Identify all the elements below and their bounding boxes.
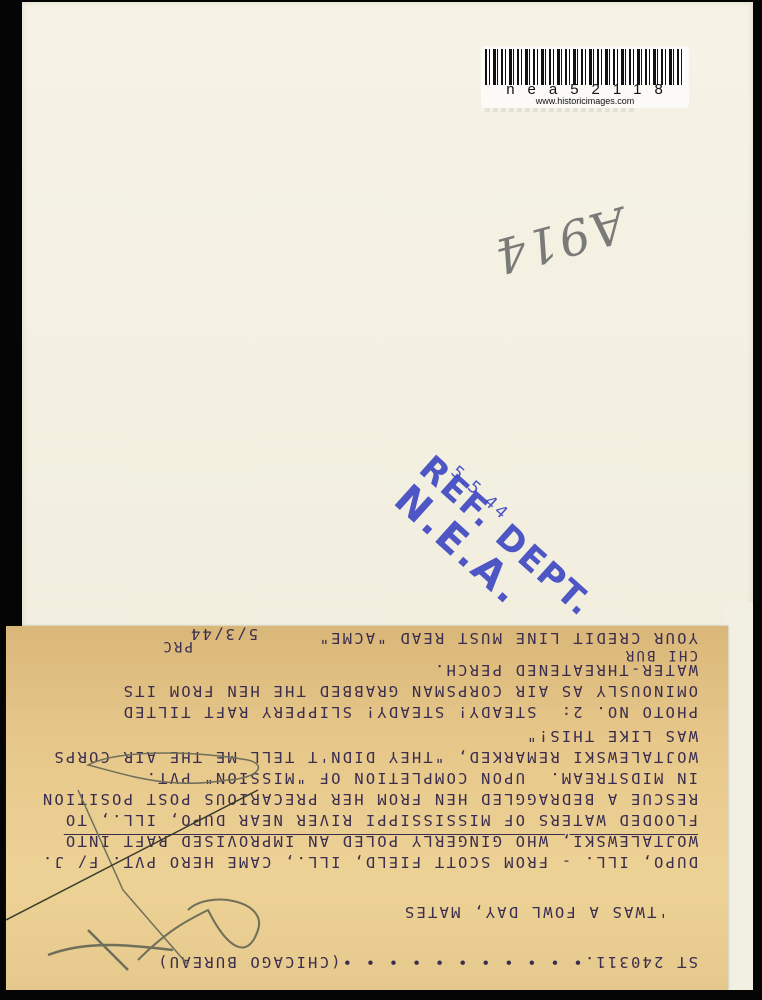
caption-photo2-line: OMINOUSLY AS AIR CORPSMAN GRABBED THE HE…: [121, 680, 698, 702]
caption-title: 'TWAS A FOWL DAY, MATES: [403, 901, 668, 923]
caption-photo2-line: PHOTO NO. 2: STEADY! STEADY! SLIPPERY RA…: [121, 701, 698, 723]
caption-line: WOJTALEWSKI REMARKED, "THEY DIDN'T TELL …: [52, 746, 698, 768]
barcode-url: www.historicimages.com: [481, 96, 689, 106]
sticker-residue: [485, 108, 635, 112]
barcode-number: nea52118: [481, 82, 689, 97]
caption-dots: • • • • • • • • • • •: [341, 953, 583, 971]
photo-back-scan: nea52118 www.historicimages.com A914 REF…: [0, 0, 762, 1000]
caption-line: IN MIDSTREAM. UPON COMPLETION OF "MISSIO…: [144, 767, 698, 789]
caption-initials: PRC: [161, 635, 193, 657]
caption-line: RESCUE A BEDRAGGLED HEN FROM HER PRECARI…: [41, 788, 698, 810]
caption-credit-line: YOUR CREDIT LINE MUST READ "ACME": [317, 627, 698, 649]
caption-date: 5/3/44: [189, 623, 258, 645]
barcode-icon: [485, 49, 685, 85]
caption-header: ST 240311.• • • • • • • • • • •(CHICAGO …: [156, 951, 698, 973]
caption-text-block: ST 240311.• • • • • • • • • • •(CHICAGO …: [6, 626, 728, 990]
caption-label: ST 240311.• • • • • • • • • • •(CHICAGO …: [6, 626, 728, 990]
caption-line: WOJTALEWSKI, WHO GINGERLY POLED AN IMPRO…: [64, 830, 698, 852]
caption-bureau-code: CHI BUR: [624, 648, 698, 662]
caption-line: DUPO, ILL. - FROM SCOTT FIELD, ILL., CAM…: [41, 851, 698, 873]
scan-border: [0, 990, 762, 1000]
caption-line: WAS LIKE THIS!": [525, 725, 698, 747]
caption-id: ST 240311.: [583, 953, 698, 971]
barcode-sticker: nea52118 www.historicimages.com: [481, 46, 689, 108]
caption-bureau: (CHICAGO BUREAU): [156, 953, 341, 971]
caption-line: FLOODED WATERS OF MISSISSIPPI RIVER NEAR…: [64, 809, 698, 831]
